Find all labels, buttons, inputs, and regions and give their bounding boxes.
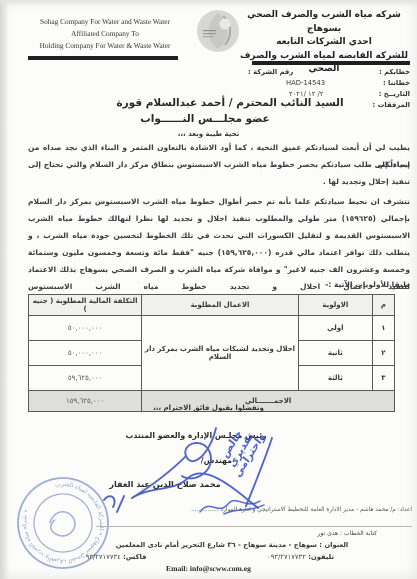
affiliated-line-ar: احدي الشركات التابعه [236, 36, 412, 50]
holding-line-en: Holding Company For Water & Waste Water [24, 40, 186, 52]
header-no: م [372, 295, 394, 316]
email-line: Email: info@scww.com.eg [0, 564, 417, 573]
phone-label: تليفون: [308, 553, 334, 561]
body-paragraph-2: إيماءاً إلى طلب سيادتكم بحصر خطوط مياه ا… [28, 156, 410, 190]
signer-name: محمد صلاح الدين عبد الغفار [92, 479, 238, 489]
company-number-label: رقم الشركة : [248, 68, 293, 76]
scan-edge-shadow-top [0, 0, 417, 6]
affiliated-line-en: Affiliated Company To [24, 28, 186, 40]
table-cell-priority: ثالثة [298, 366, 372, 391]
ref-our-letter: خطابنا : HAD-14543 [234, 79, 410, 90]
table-cell-no: ٣ [372, 366, 394, 391]
addressee-name-line: السيد النائب المحترم / أحمد عبدالسلام قو… [50, 97, 410, 109]
phone-fax-line: تليفون: ٠٩٣/٢٧١٧٧٣٢ فاكس: ٠٩٣/٢٧١٧٧٣٤ [82, 553, 334, 561]
phone-number: ٠٩٣/٢٧١٧٧٣٢ [267, 553, 306, 561]
header-works: الاعمال المطلوبة [142, 295, 299, 316]
phone-group: تليفون: ٠٩٣/٢٧١٧٧٣٢ [267, 553, 334, 561]
header-cost: التكلفة المالية المطلوبة ( جنيه ) [29, 295, 142, 316]
letter-writer-line: كتابة الخطاب : هدى نور [318, 530, 377, 537]
priorities-intro-line: طبقا للأولويات الآتية :- [28, 280, 410, 289]
prepared-by-line: اعداد: م/ محمد هاشم - مدير الادارة العام… [98, 507, 412, 513]
letterhead-english: Sohag Company For Water and Waste Water … [24, 16, 186, 52]
your-letter-label: خطابكم : [379, 68, 410, 76]
scanned-letter-page: Sohag Company For Water and Waste Water … [0, 0, 417, 579]
closing-salutation: وتفضلوا بقبول فائق الاحترام ،،، [0, 404, 417, 412]
our-letter-number: HAD-14543 [286, 79, 325, 87]
company-stamp: شركة مياه الشرب والصرف الصحي بسوهاج • ال… [0, 460, 126, 579]
fax-number: ٠٩٣/٢٧١٧٧٣٤ [82, 553, 121, 561]
letterhead-arabic: شركه مياه الشرب والصرف الصحي بسوهاج احدي… [236, 9, 412, 77]
handwritten-note: خالص تقديري واحترامي [209, 412, 273, 488]
divider-rule-left [28, 56, 178, 60]
table-cell-cost: ٥٩,٦٢٥,٠٠٠ [29, 366, 142, 391]
our-letter-label: خطابنا : [383, 79, 410, 87]
company-name-en: Sohag Company For Water and Waste Water [24, 16, 186, 28]
fax-group: فاكس: ٠٩٣/٢٧١٧٧٣٤ [82, 553, 146, 561]
footer-divider [96, 526, 412, 527]
header-priority: الاولوية [298, 295, 372, 316]
priorities-table: م الاولوية الاعمال المطلوبة التكلفة الما… [28, 294, 395, 412]
table-cell-no: ١ [372, 316, 394, 341]
table-cell-priority: اولي [298, 316, 372, 341]
divider-rule-right [252, 61, 410, 65]
company-logo-icon [192, 8, 242, 54]
greeting-line: تحية طيبة وبعد ،،، [0, 130, 417, 138]
scan-edge-shadow [0, 0, 9, 579]
addressee-role-line: عضو مجلـــس النــــــواب [25, 113, 385, 125]
table-cell-works-merged: احلال وتجديد لشبكات مياه الشرب بمركز دار… [142, 316, 299, 391]
table-cell-cost: ٥٠,٠٠٠,٠٠٠ [29, 316, 142, 341]
table-header-row: م الاولوية الاعمال المطلوبة التكلفة الما… [29, 295, 395, 316]
fax-label: فاكس: [123, 553, 146, 561]
ref-your-letter: خطابكم : رقم الشركة : [234, 68, 410, 79]
company-name-ar: شركه مياه الشرب والصرف الصحي بسوهاج [236, 9, 412, 36]
table-cell-priority: ثانية [298, 341, 372, 366]
table-cell-no: ٢ [372, 341, 394, 366]
address-line: العنوان : سوهاج - مدينة سوهاج - ٣٦ شارع … [62, 541, 402, 549]
table-cell-cost: ٥٠,٠٠٠,٠٠٠ [29, 341, 142, 366]
table-row: ١ اولي احلال وتجديد لشبكات مياه الشرب بم… [29, 316, 395, 341]
